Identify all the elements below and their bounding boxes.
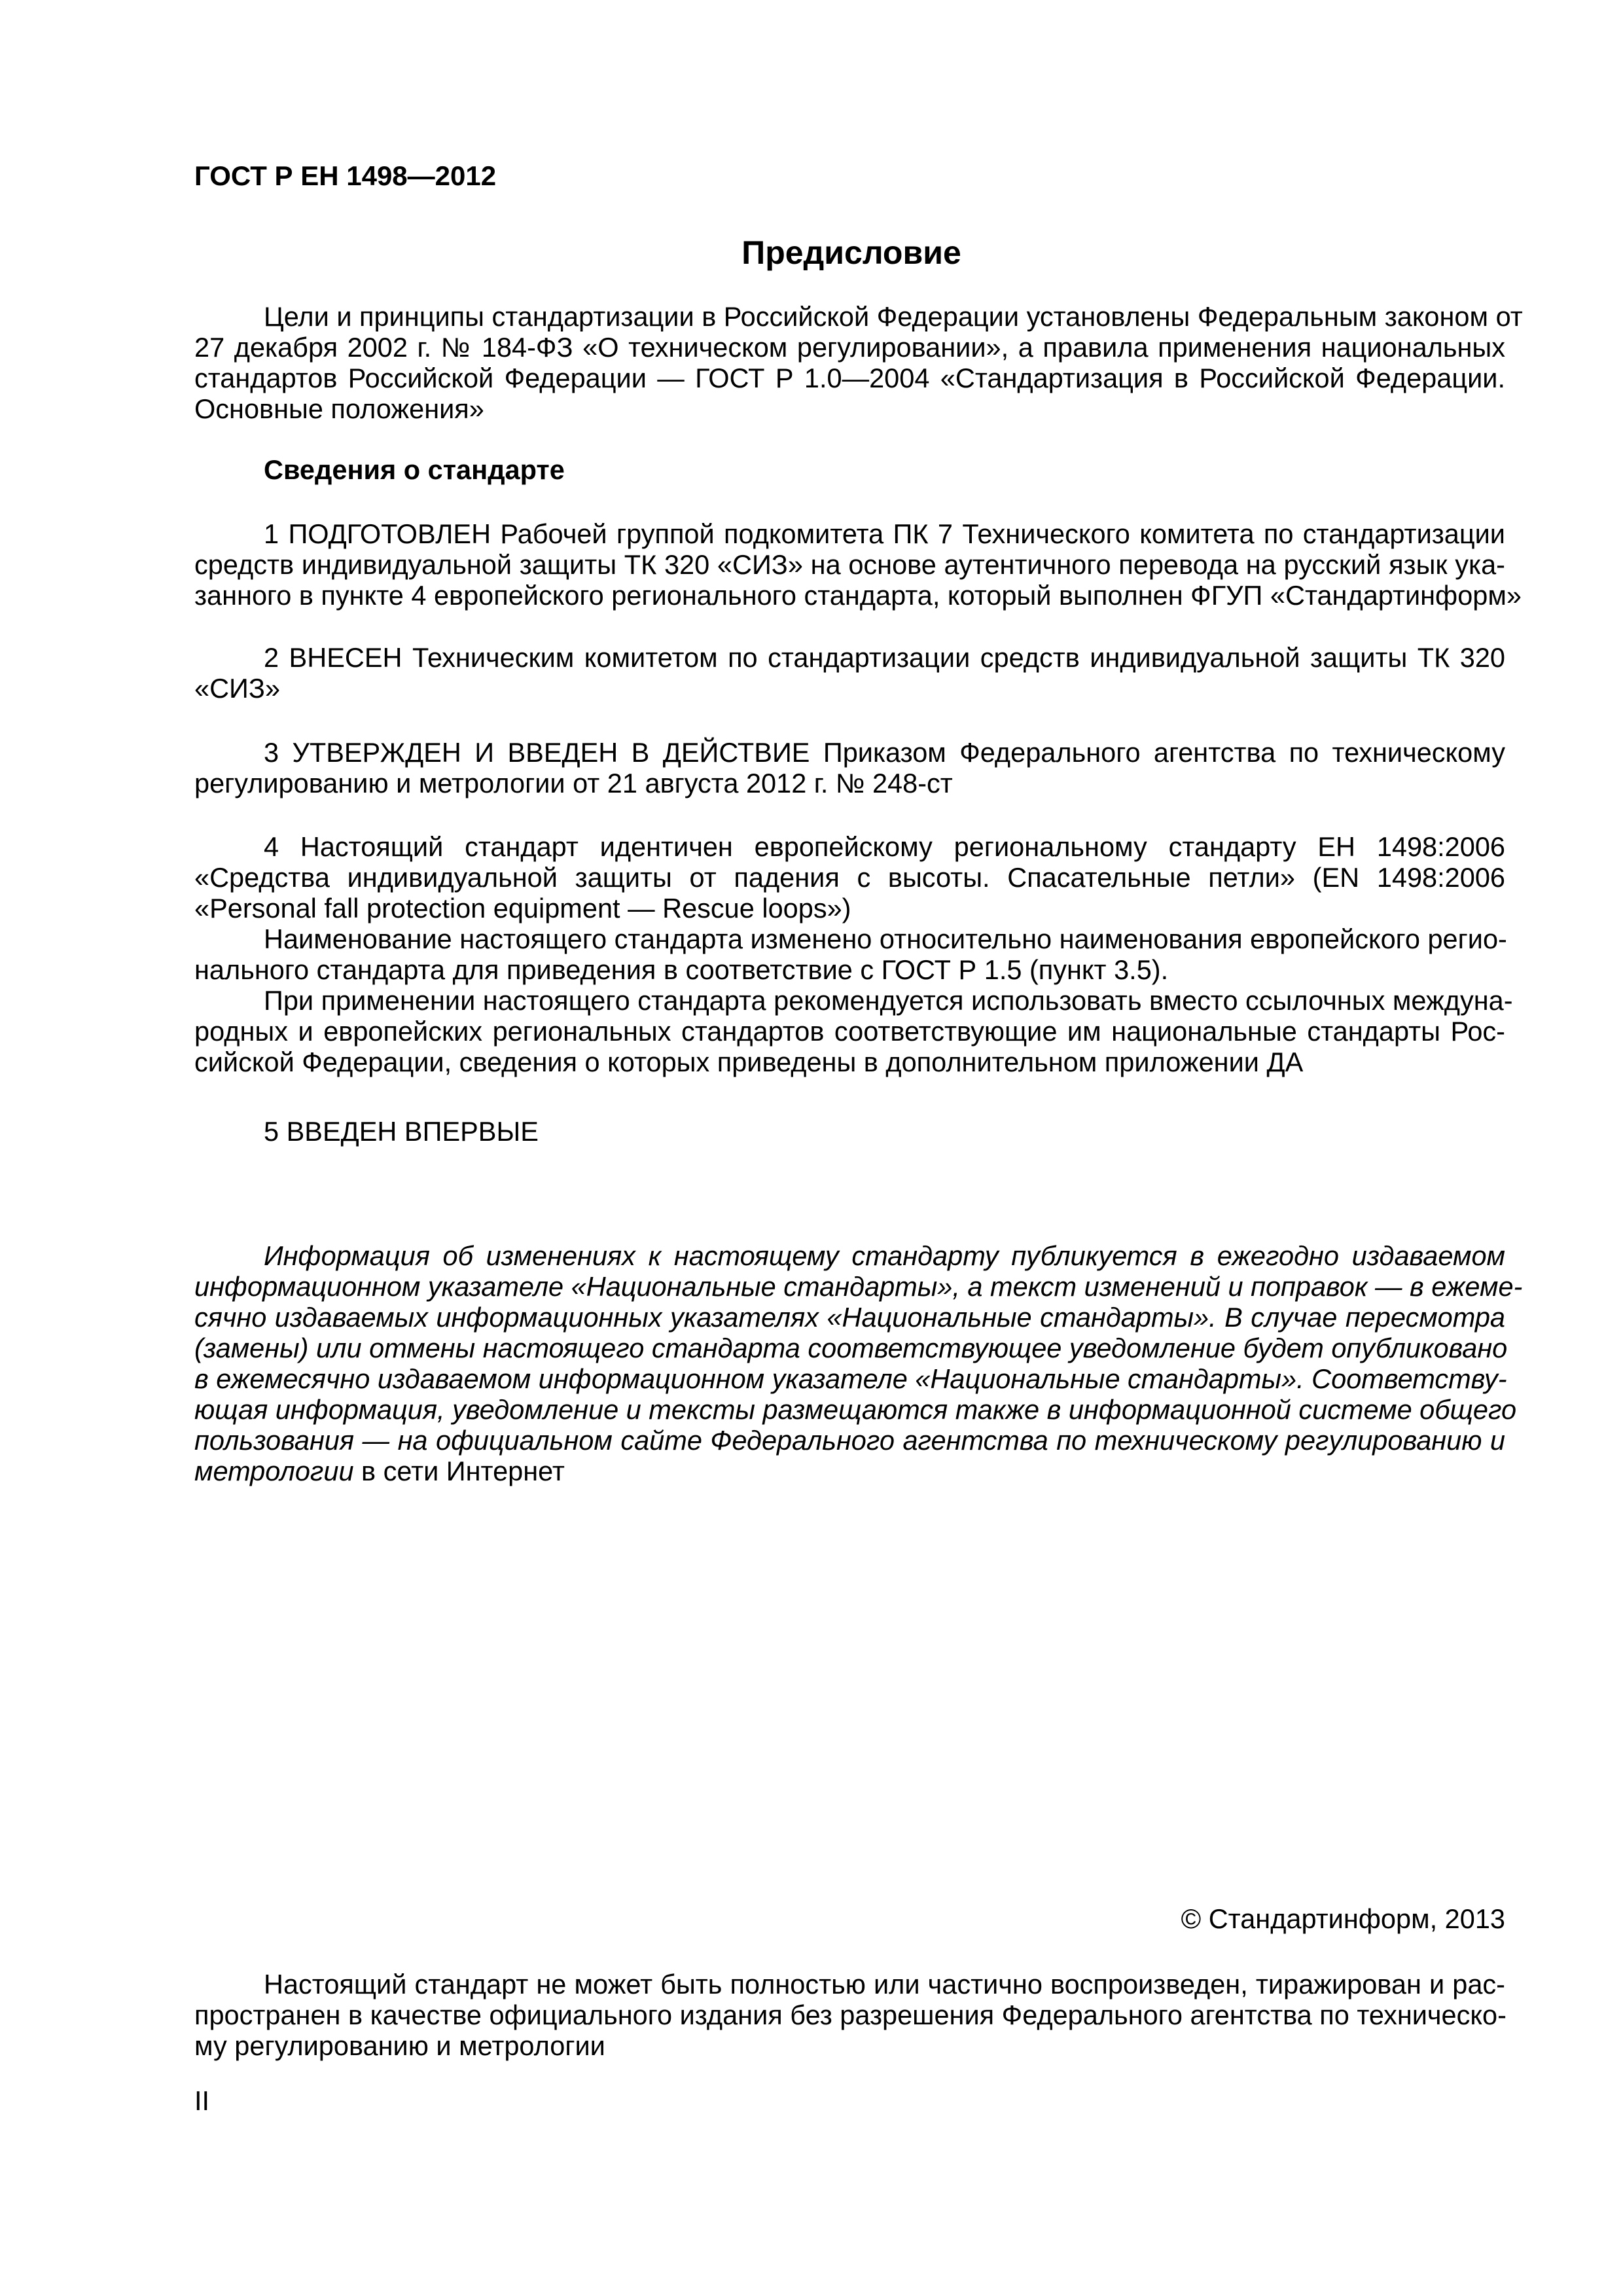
text-line: Основные положения» <box>194 393 1505 424</box>
page-number: II <box>194 2085 209 2116</box>
text-line: метрологии в сети Интернет <box>194 1456 1505 1486</box>
text-line: Цели и принципы стандартизации в Российс… <box>194 301 1505 332</box>
italic-fragment: метрологии <box>194 1456 354 1486</box>
text-line: в ежемесячно издаваемом информационном у… <box>194 1363 1505 1394</box>
text-line: средств индивидуальной защиты ТК 320 «СИ… <box>194 549 1505 580</box>
text-line: Информация об изменениях к настоящему ст… <box>194 1240 1505 1271</box>
copyright-notice: © Стандартинформ, 2013 <box>194 1903 1505 1934</box>
amendments-notice: Информация об изменениях к настоящему ст… <box>194 1240 1505 1486</box>
document-code: ГОСТ Р ЕН 1498—2012 <box>194 160 496 192</box>
standard-info-item-3: 3 УТВЕРЖДЕН И ВВЕДЕН В ДЕЙСТВИЕ Приказом… <box>194 737 1505 798</box>
standard-info-item-5: 5 ВВЕДЕН ВПЕРВЫЕ <box>194 1116 1505 1147</box>
text-line: 3 УТВЕРЖДЕН И ВВЕДЕН В ДЕЙСТВИЕ Приказом… <box>194 737 1505 768</box>
text-line: нального стандарта для приведения в соот… <box>194 954 1505 985</box>
text-line: пользования — на официальном сайте Федер… <box>194 1425 1505 1456</box>
text-line: сячно издаваемых информационных указател… <box>194 1302 1505 1333</box>
text-line: Настоящий стандарт не может быть полност… <box>194 1969 1505 2000</box>
standard-info-item-4: 4 Настоящий стандарт идентичен европейск… <box>194 831 1505 1077</box>
text-line: информационном указателе «Национальные с… <box>194 1271 1505 1302</box>
reproduction-notice: Настоящий стандарт не может быть полност… <box>194 1969 1505 2061</box>
text-line: му регулированию и метрологии <box>194 2030 1505 2061</box>
text-line: занного в пункте 4 европейского регионал… <box>194 580 1505 611</box>
text-line: 4 Настоящий стандарт идентичен европейск… <box>194 831 1505 862</box>
document-page: ГОСТ Р ЕН 1498—2012 Предисловие Цели и п… <box>0 0 1623 2296</box>
upright-fragment: в сети Интернет <box>354 1456 565 1486</box>
text-line: ющая информация, уведомление и тексты ра… <box>194 1394 1505 1425</box>
text-line: 1 ПОДГОТОВЛЕН Рабочей группой подкомитет… <box>194 518 1505 549</box>
text-line: 27 декабря 2002 г. № 184-ФЗ «О техническ… <box>194 332 1505 363</box>
text-line: 2 ВНЕСЕН Техническим комитетом по станда… <box>194 642 1505 673</box>
text-line: сийской Федерации, сведения о которых пр… <box>194 1047 1505 1077</box>
text-line: 5 ВВЕДЕН ВПЕРВЫЕ <box>194 1116 1505 1147</box>
text-line: регулированию и метрологии от 21 августа… <box>194 768 1505 798</box>
standard-info-item-2: 2 ВНЕСЕН Техническим комитетом по станда… <box>194 642 1505 704</box>
text-line: (замены) или отмены настоящего стандарта… <box>194 1333 1505 1363</box>
text-line: стандартов Российской Федерации — ГОСТ Р… <box>194 363 1505 393</box>
text-line: При применении настоящего стандарта реко… <box>194 985 1505 1016</box>
text-line: «Personal fall protection equipment — Re… <box>194 893 1505 924</box>
text-line: «СИЗ» <box>194 673 1505 704</box>
standard-info-item-1: 1 ПОДГОТОВЛЕН Рабочей группой подкомитет… <box>194 518 1505 611</box>
text-line: пространен в качестве официального издан… <box>194 2000 1505 2030</box>
text-line: родных и европейских региональных станда… <box>194 1016 1505 1047</box>
text-line: «Средства индивидуальной защиты от паден… <box>194 862 1505 893</box>
text-line: Наименование настоящего стандарта измене… <box>194 924 1505 954</box>
section-heading: Сведения о стандарте <box>264 454 565 485</box>
page-title: Предисловие <box>194 233 1508 272</box>
intro-paragraph: Цели и принципы стандартизации в Российс… <box>194 301 1505 424</box>
